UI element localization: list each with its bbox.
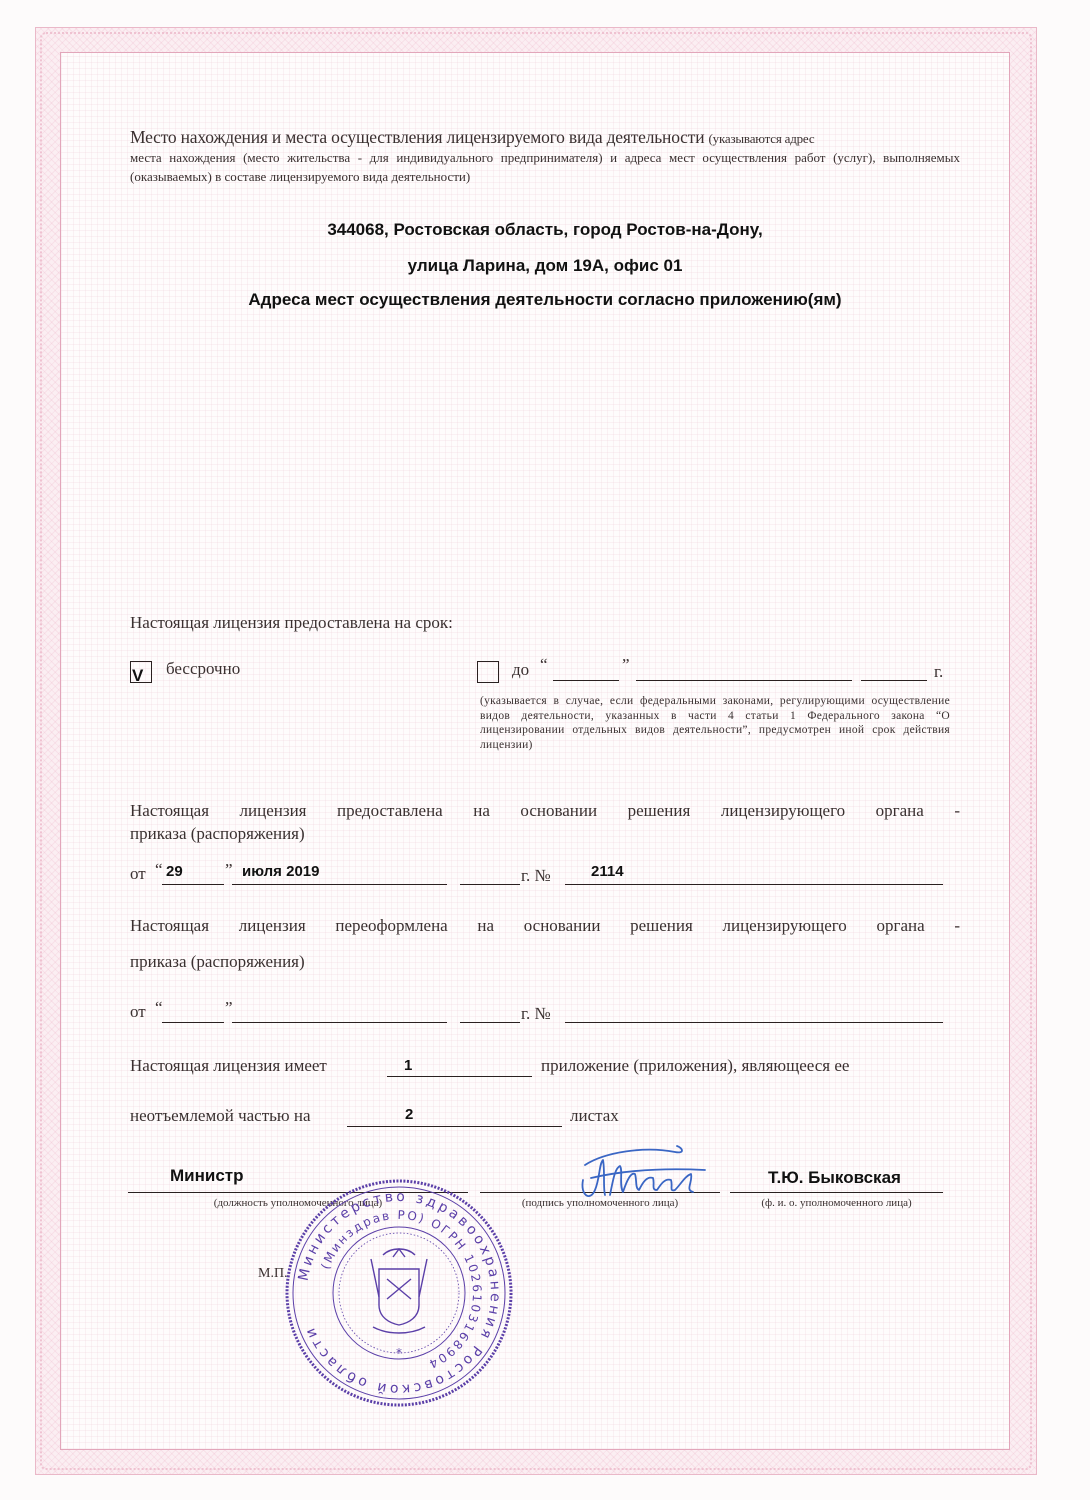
location-subtext: места нахождения (место жительства - для… (130, 148, 960, 186)
appendix-count-field[interactable] (387, 1076, 532, 1077)
until-year-suffix: г. (934, 662, 943, 682)
location-heading-text: Место нахождения и места осуществления л… (130, 127, 704, 147)
reissued-month-field[interactable] (232, 1022, 447, 1023)
granted-text-2: приказа (распоряжения) (130, 824, 305, 844)
appendix-count-value: 1 (404, 1057, 412, 1074)
location-heading: Место нахождения и места осуществления л… (130, 126, 960, 150)
granted-text-1: Настоящая лицензия предоставлена на осно… (130, 801, 960, 821)
granted-month-year-value: июля 2019 (242, 863, 319, 880)
until-label: до (512, 660, 529, 680)
until-month-field[interactable] (636, 680, 852, 681)
reissued-number-field[interactable] (565, 1022, 943, 1023)
granted-day-value: 29 (166, 863, 183, 880)
appendix-text-line-2: неотъемлемой частью на (130, 1106, 311, 1126)
handwritten-signature-icon (565, 1140, 715, 1205)
appendix-text-after: приложение (приложения), являющееся ее (541, 1056, 849, 1076)
svg-text:*: * (396, 1346, 402, 1360)
granted-open-quote: “ (155, 860, 163, 880)
granted-number-value: 2114 (591, 863, 624, 880)
term-note: (указывается в случае, если федеральными… (480, 694, 950, 752)
appendix-sheets-value: 2 (405, 1106, 413, 1123)
name-rule (730, 1192, 943, 1193)
checkbox-unlimited[interactable]: V (130, 661, 152, 683)
reissued-number-label: г. № (521, 1004, 551, 1024)
address-line-3: Адреса мест осуществления деятельности с… (0, 290, 1090, 310)
check-mark-icon: V (132, 666, 143, 686)
address-line-2: улица Ларина, дом 19А, офис 01 (0, 256, 1090, 276)
reissued-from-label: от (130, 1002, 146, 1022)
term-label: Настоящая лицензия предоставлена на срок… (130, 613, 453, 633)
name-caption: (ф. и. о. уполномоченного лица) (730, 1197, 943, 1209)
appendix-sheets-field[interactable] (347, 1126, 562, 1127)
granted-month-field[interactable] (232, 884, 447, 885)
checkbox-until-date[interactable] (477, 661, 499, 683)
reissued-open-quote: “ (155, 998, 163, 1018)
granted-year-field[interactable] (460, 884, 520, 885)
appendix-text-before: Настоящая лицензия имеет (130, 1056, 327, 1076)
unlimited-label: бессрочно (166, 659, 240, 679)
reissued-text-2: приказа (распоряжения) (130, 952, 305, 972)
address-line-1: 344068, Ростовская область, город Ростов… (0, 220, 1090, 240)
reissued-close-quote: ” (225, 998, 233, 1018)
appendix-sheets-label: листах (570, 1106, 619, 1126)
until-close-quote: ” (622, 655, 630, 675)
reissued-day-field[interactable] (162, 1022, 224, 1023)
granted-number-label: г. № (521, 866, 551, 886)
signatory-name: Т.Ю. Быковская (768, 1168, 901, 1188)
reissued-text-1: Настоящая лицензия переоформлена на осно… (130, 916, 960, 936)
granted-from-label: от (130, 864, 146, 884)
granted-number-field[interactable] (565, 884, 943, 885)
reissued-year-field[interactable] (460, 1022, 520, 1023)
position-value: Министр (170, 1166, 244, 1186)
location-heading-note: (указываются адрес (709, 131, 815, 146)
official-seal-stamp-icon: Министерство здравоохранения Ростовской … (283, 1177, 515, 1409)
until-day-field[interactable] (553, 680, 619, 681)
until-year-field[interactable] (861, 680, 927, 681)
until-open-quote: “ (540, 655, 548, 675)
granted-day-field[interactable] (162, 884, 224, 885)
granted-close-quote: ” (225, 860, 233, 880)
